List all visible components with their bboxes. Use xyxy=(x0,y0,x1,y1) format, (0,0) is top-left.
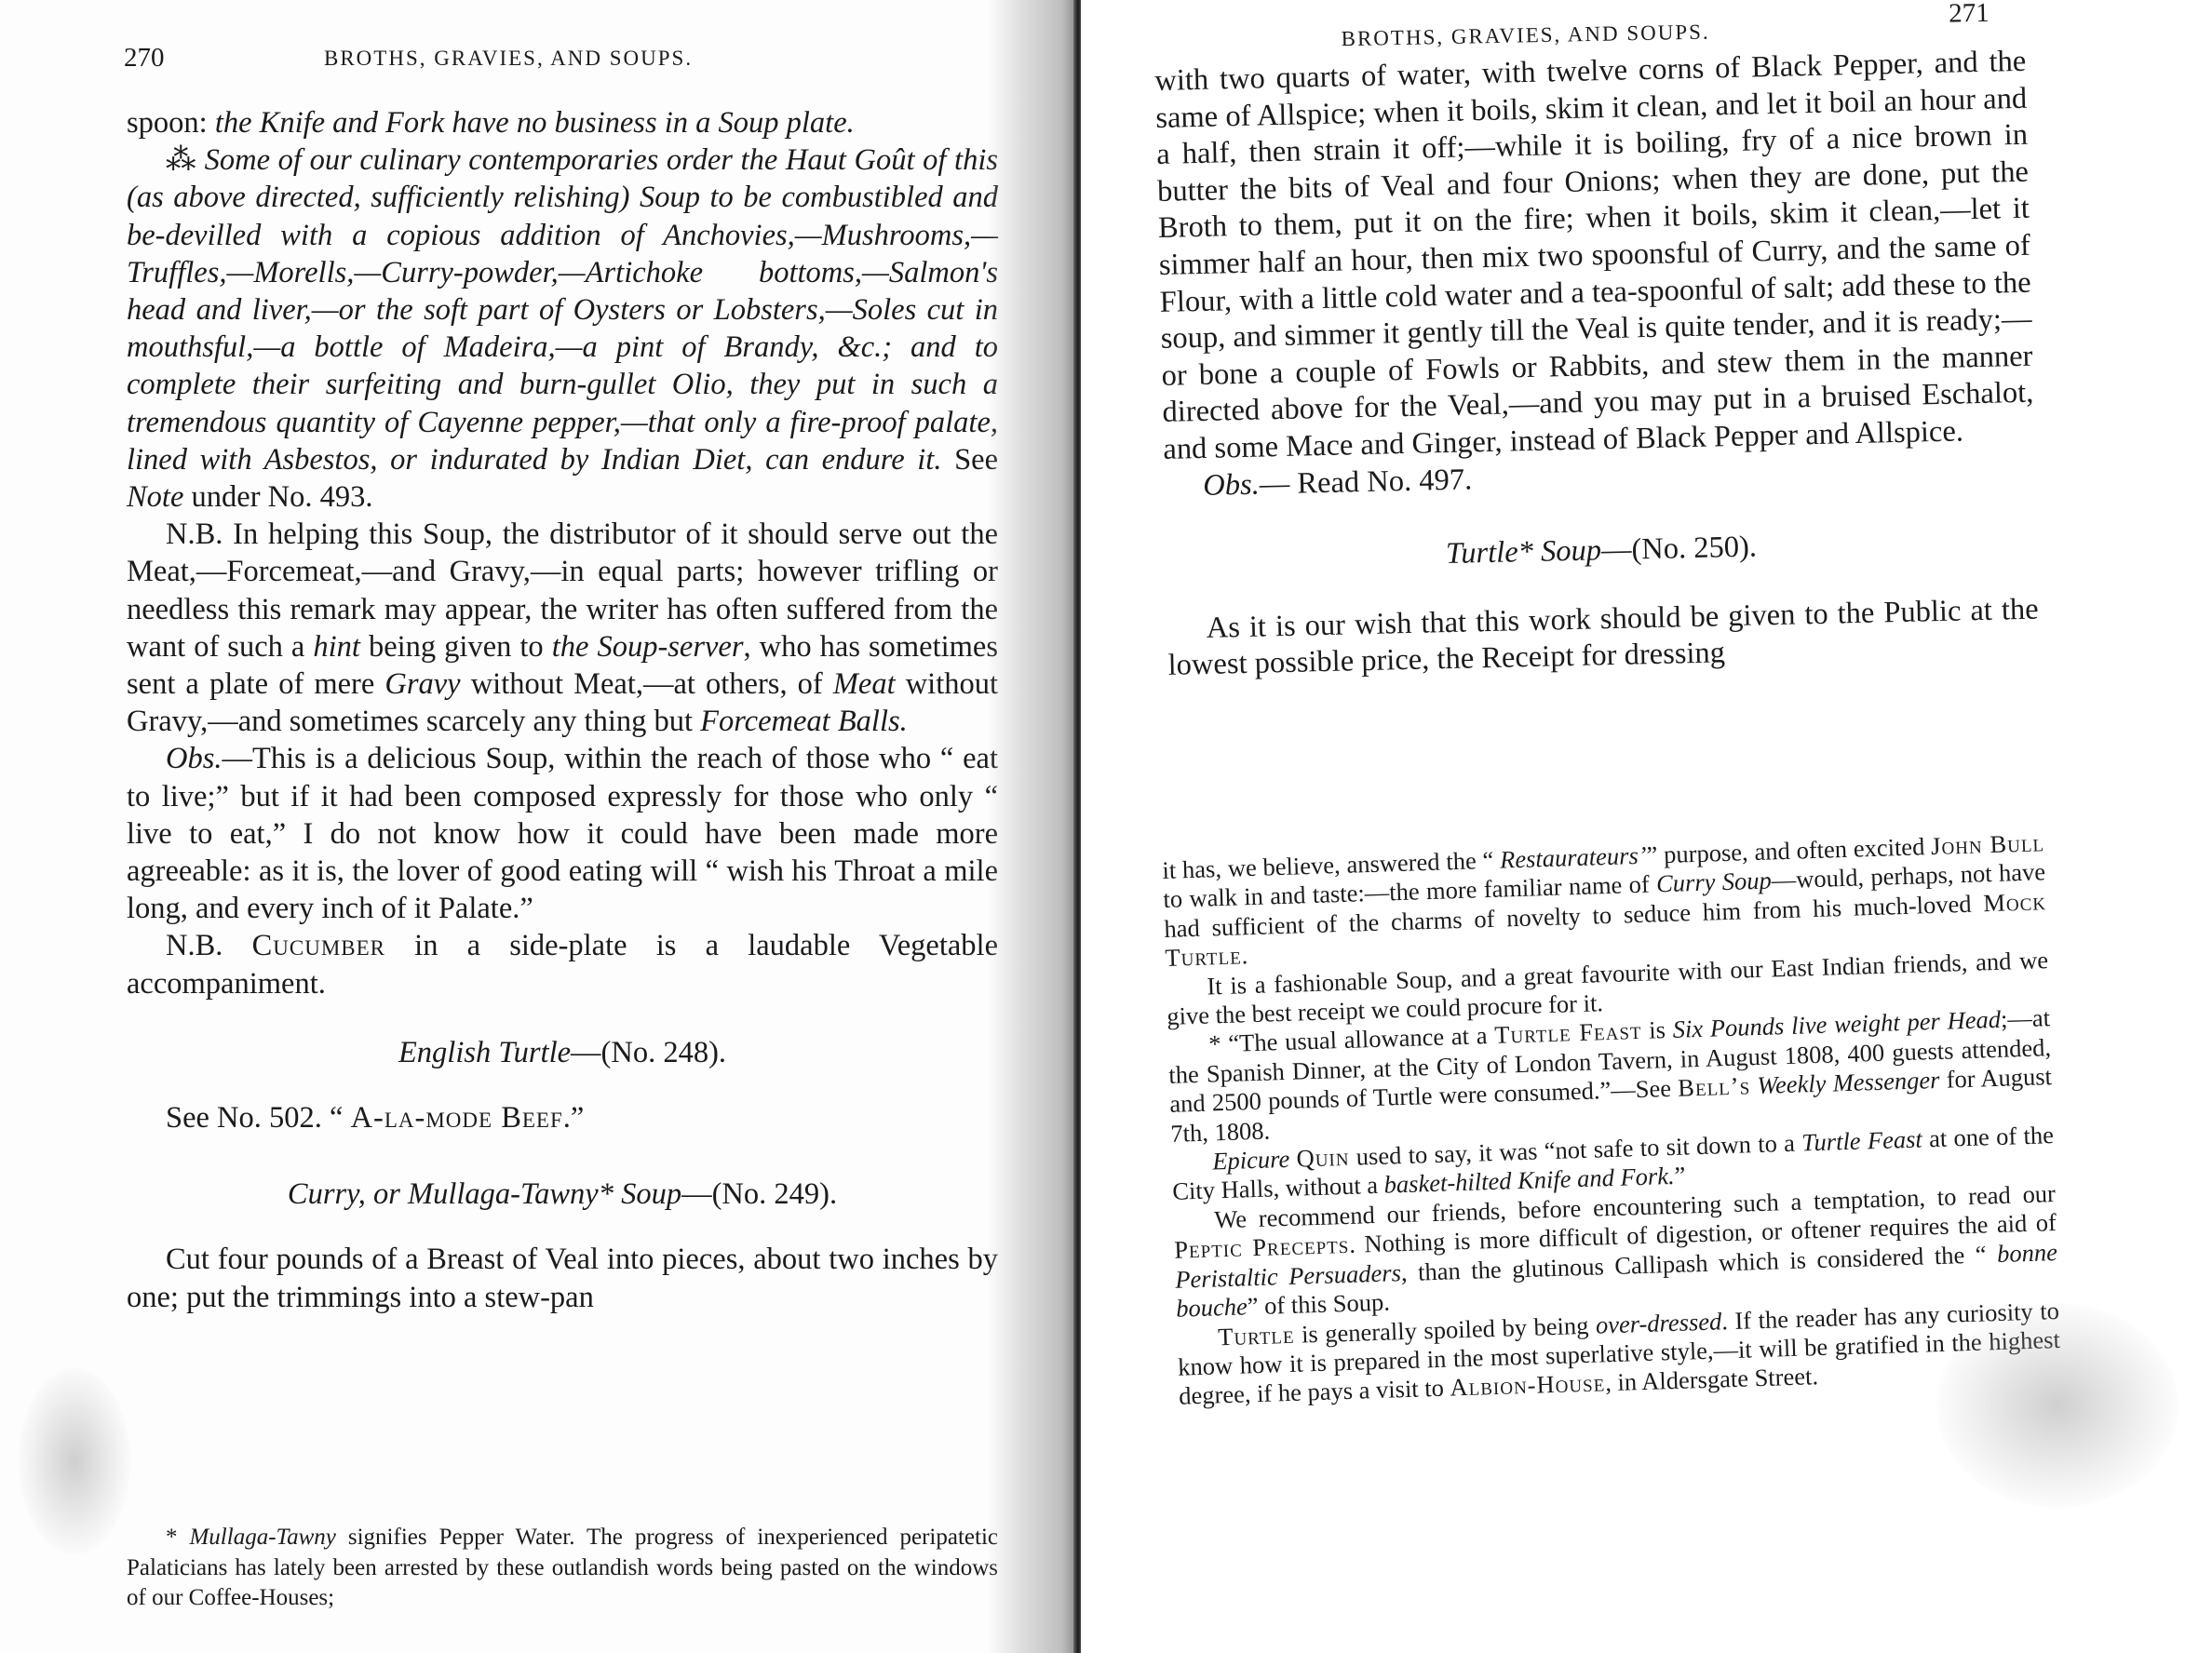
left-page-body: spoon: the Knife and Fork have no busine… xyxy=(127,104,998,1316)
recipe-heading-250: Turtle* Soup—(No. 250). xyxy=(1166,523,2038,580)
recipe-heading-249: Curry, or Mullaga-Tawny* Soup—(No. 249). xyxy=(127,1176,998,1213)
footnote-mullaga-tawny: * Mullaga-Tawny signifies Pepper Water. … xyxy=(127,1523,998,1614)
page-number-right: 271 xyxy=(1949,0,1989,30)
paragraph-haut-gout: ⁂ Some of our culinary contemporaries or… xyxy=(127,141,998,516)
recipe-heading-248: English Turtle—(No. 248). xyxy=(127,1034,998,1071)
left-page: 270 BROTHS, GRAVIES, AND SOUPS. spoon: t… xyxy=(0,0,1080,1653)
paragraph-public-price: As it is our wish that this work should … xyxy=(1167,591,2040,684)
paragraph-cut-veal: Cut four pounds of a Breast of Veal into… xyxy=(127,1241,998,1315)
right-page-header: BROTHS, GRAVIES, AND SOUPS. 271 xyxy=(1106,0,2094,52)
book-spread: 270 BROTHS, GRAVIES, AND SOUPS. spoon: t… xyxy=(0,0,2212,1653)
asterism-icon: ⁂ xyxy=(166,143,205,177)
paragraph-nb-helping: N.B. In helping this Soup, the distribut… xyxy=(127,516,998,740)
page-number-left: 270 xyxy=(124,43,165,74)
left-page-header: 270 BROTHS, GRAVIES, AND SOUPS. xyxy=(124,43,1008,80)
right-page-notes: it has, we believe, answered the “ Resta… xyxy=(1162,828,2061,1411)
paragraph-obs-delicious: Obs.—This is a delicious Soup, within th… xyxy=(127,740,998,927)
running-head-right: BROTHS, GRAVIES, AND SOUPS. xyxy=(1341,20,1710,52)
paragraph-curry-method: with two quarts of water, with twelve co… xyxy=(1154,44,2035,469)
stain-mark xyxy=(19,1368,130,1554)
paragraph-spoon: spoon: the Knife and Fork have no busine… xyxy=(127,104,998,141)
cross-reference-502: See No. 502. “ A-la-mode Beef.” xyxy=(127,1099,998,1136)
running-head-left: BROTHS, GRAVIES, AND SOUPS. xyxy=(324,47,693,71)
footnote-asterisk-icon: * xyxy=(166,1525,189,1550)
right-page-body: with two quarts of water, with twelve co… xyxy=(1154,44,2040,685)
paragraph-nb-cucumber: N.B. Cucumber in a side-plate is a lauda… xyxy=(127,927,998,1001)
